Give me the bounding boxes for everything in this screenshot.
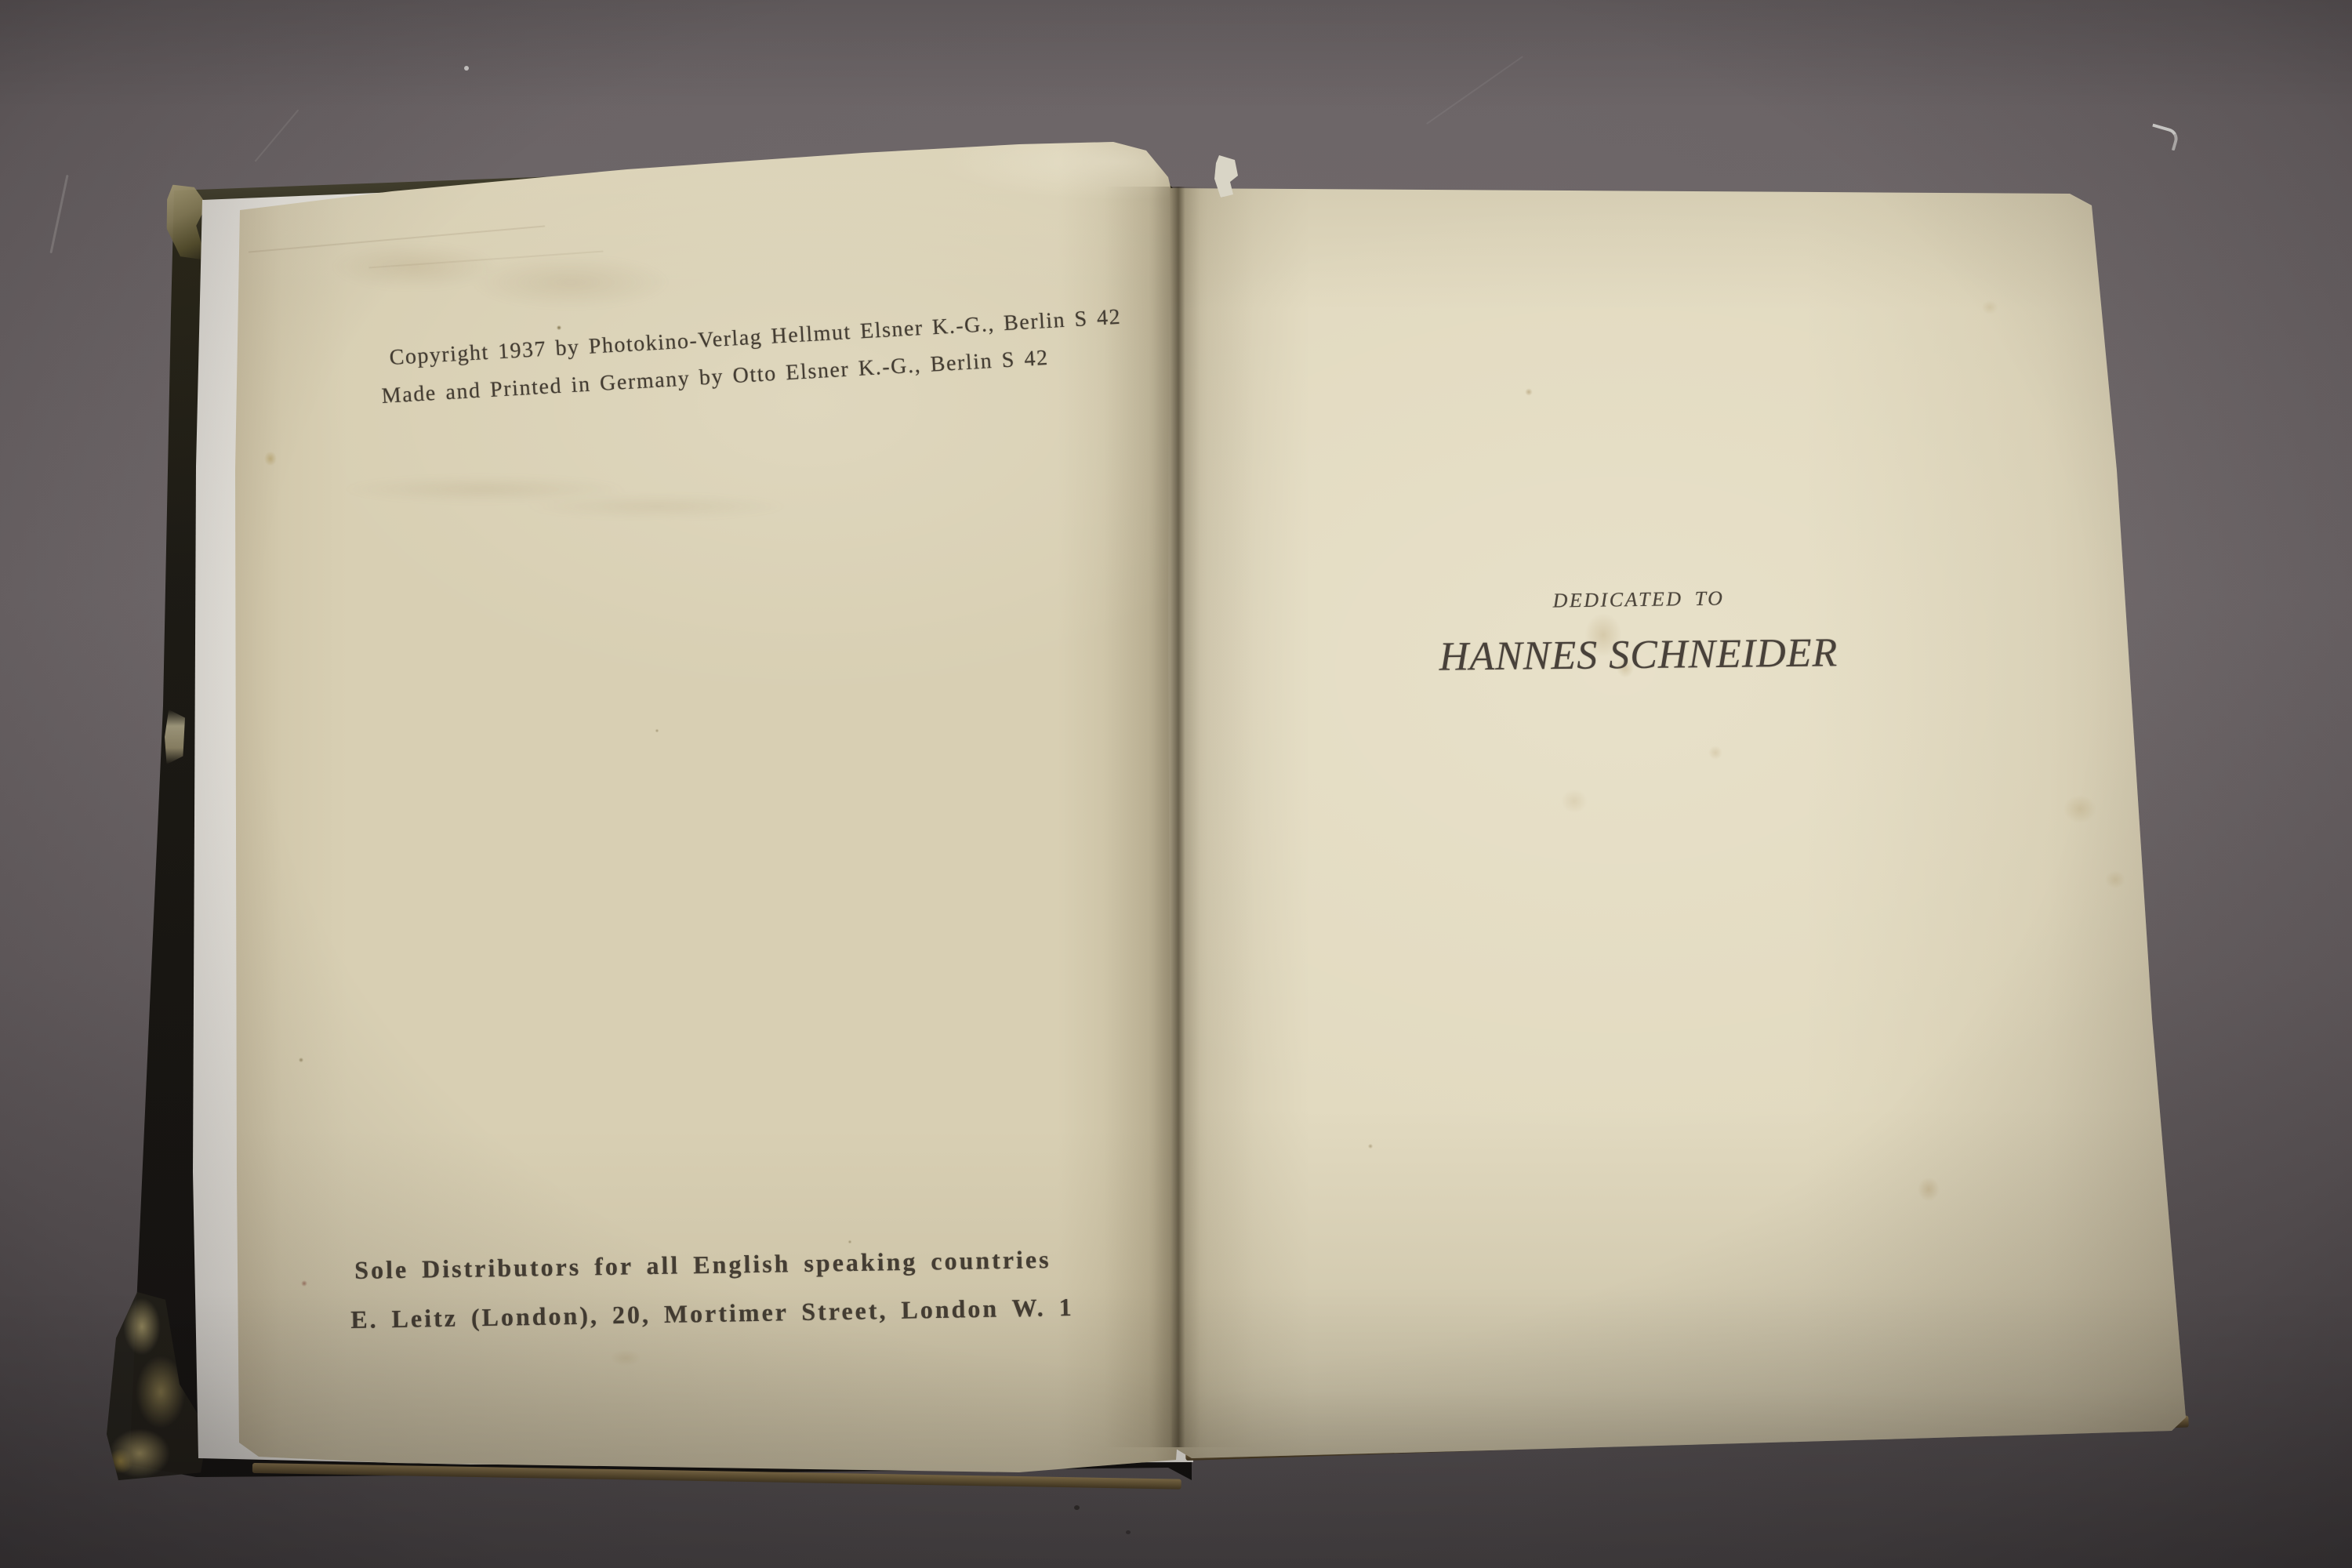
dedication-name: HANNES SCHNEIDER [1419, 633, 1859, 678]
cover-edge-wear-left [165, 710, 185, 764]
right-page [1167, 182, 2194, 1468]
photo-stage: Copyright 1937 by Photokino-Verlag Hellm… [0, 0, 2352, 1568]
